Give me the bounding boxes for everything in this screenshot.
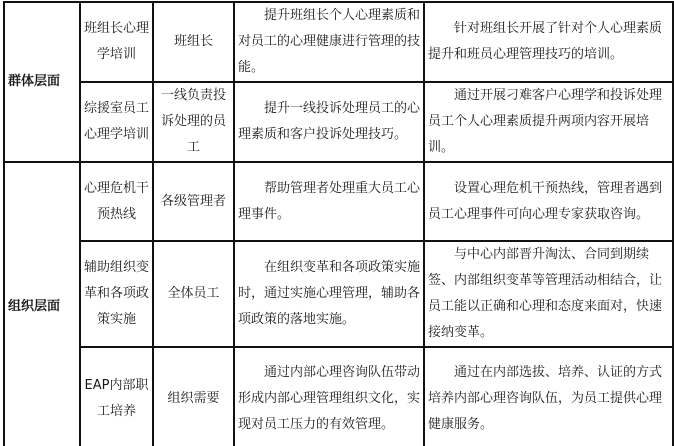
- goal-text: 提升一线投诉处理员工的心理素质和客户投诉处理技巧。: [238, 101, 420, 142]
- target-cell: 一线负责投诉处理的员工: [153, 82, 234, 162]
- target-cell: 组织需要: [153, 347, 234, 446]
- project-cell: 心理危机干预热线: [80, 162, 153, 241]
- goal-cell: 提升班组长个人心理素质和对员工的心理健康进行管理的技能。: [234, 2, 424, 82]
- table-row: 组织层面 心理危机干预热线 各级管理者 帮助管理者处理重大员工心理事件。 设置心…: [4, 162, 673, 241]
- goal-text: 在组织变革和各项政策实施时，通过实施心理管理，辅助各项政策的落地实施。: [238, 260, 420, 327]
- content-text: 设置心理危机干预热线，管理者遇到员工心理事件可向心理专家获取咨询。: [428, 181, 662, 222]
- content-cell: 设置心理危机干预热线，管理者遇到员工心理事件可向心理专家获取咨询。: [424, 162, 673, 241]
- table-row: 综援室员工心理学培训 一线负责投诉处理的员工 提升一线投诉处理员工的心理素质和客…: [4, 82, 673, 162]
- eap-program-table: 群体层面 班组长心理学培训 班组长 提升班组长个人心理素质和对员工的心理健康进行…: [3, 1, 674, 446]
- goal-cell: 在组织变革和各项政策实施时，通过实施心理管理，辅助各项政策的落地实施。: [234, 241, 424, 347]
- target-cell: 全体员工: [153, 241, 234, 347]
- target-cell: 各级管理者: [153, 162, 234, 241]
- table-row: EAP内部职工培养 组织需要 通过内部心理咨询队伍带动形成内部心理管理组织文化，…: [4, 347, 673, 446]
- project-cell: 辅助组织变革和各项政策实施: [80, 241, 153, 347]
- content-text: 与中心内部晋升淘汰、合同到期续签、内部组织变革等管理活动相结合，让员工能以正确和…: [428, 247, 662, 340]
- content-cell: 与中心内部晋升淘汰、合同到期续签、内部组织变革等管理活动相结合，让员工能以正确和…: [424, 241, 673, 347]
- content-text: 针对班组长开展了针对个人心理素质提升和班员心理管理技巧的培训。: [428, 21, 662, 62]
- target-cell: 班组长: [153, 2, 234, 82]
- content-cell: 通过开展刁难客户心理学和投诉处理员工个人心理素质提升两项内容开展培训。: [424, 82, 673, 162]
- goal-text: 帮助管理者处理重大员工心理事件。: [238, 181, 420, 222]
- goal-cell: 提升一线投诉处理员工的心理素质和客户投诉处理技巧。: [234, 82, 424, 162]
- goal-cell: 帮助管理者处理重大员工心理事件。: [234, 162, 424, 241]
- goal-cell: 通过内部心理咨询队伍带动形成内部心理管理组织文化，实现对员工压力的有效管理。: [234, 347, 424, 446]
- project-cell: 班组长心理学培训: [80, 2, 153, 82]
- table-row: 辅助组织变革和各项政策实施 全体员工 在组织变革和各项政策实施时，通过实施心理管…: [4, 241, 673, 347]
- goal-text: 通过内部心理咨询队伍带动形成内部心理管理组织文化，实现对员工压力的有效管理。: [238, 365, 420, 432]
- level-cell: 群体层面: [4, 2, 80, 162]
- project-cell: 综援室员工心理学培训: [80, 82, 153, 162]
- goal-text: 提升班组长个人心理素质和对员工的心理健康进行管理的技能。: [238, 8, 420, 75]
- table-row: 群体层面 班组长心理学培训 班组长 提升班组长个人心理素质和对员工的心理健康进行…: [4, 2, 673, 82]
- content-text: 通过开展刁难客户心理学和投诉处理员工个人心理素质提升两项内容开展培训。: [428, 88, 662, 155]
- content-cell: 通过在内部选拔、培养、认证的方式培养内部心理咨询队伍，为员工提供心理健康服务。: [424, 347, 673, 446]
- project-cell: EAP内部职工培养: [80, 347, 153, 446]
- content-cell: 针对班组长开展了针对个人心理素质提升和班员心理管理技巧的培训。: [424, 2, 673, 82]
- level-cell: 组织层面: [4, 162, 80, 446]
- content-text: 通过在内部选拔、培养、认证的方式培养内部心理咨询队伍，为员工提供心理健康服务。: [428, 365, 662, 432]
